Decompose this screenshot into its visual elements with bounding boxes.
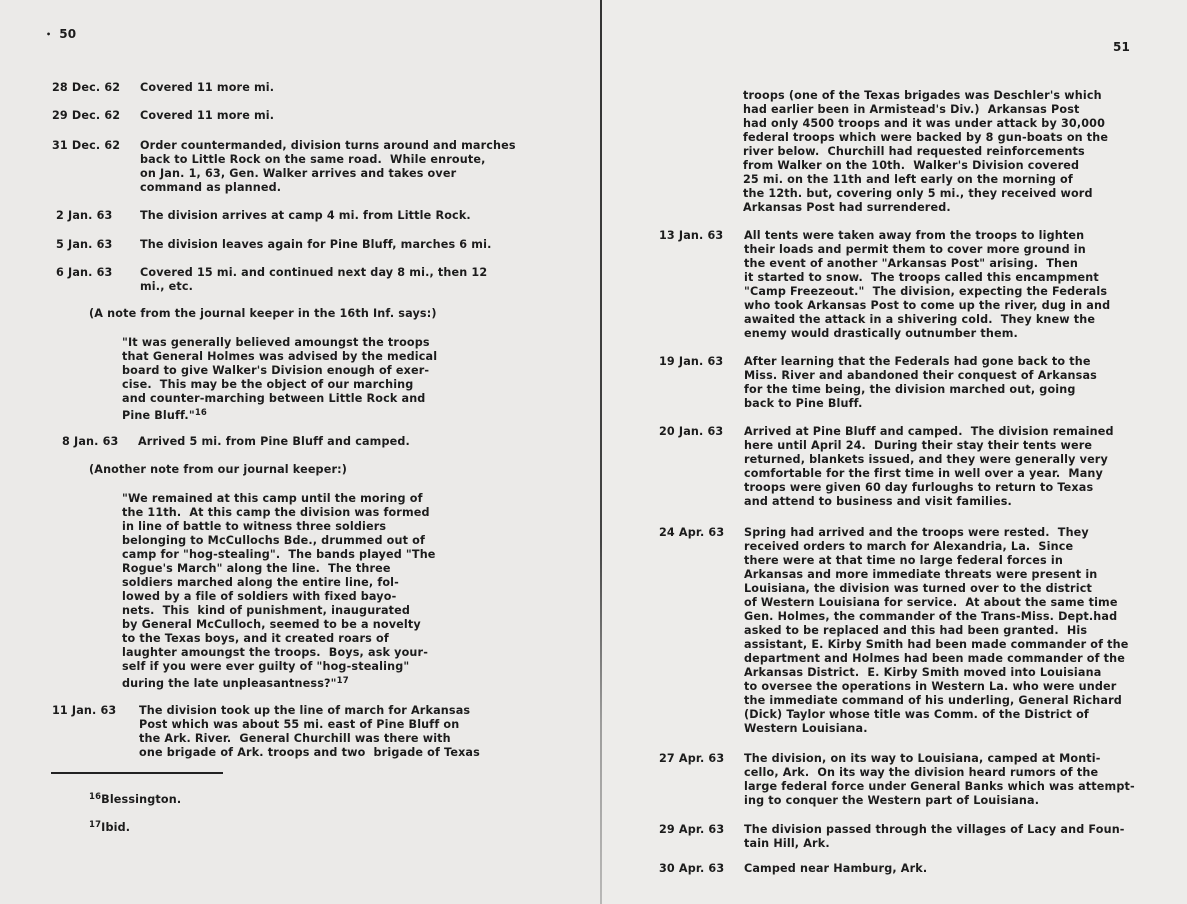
footnote-number: 17 [89,820,101,830]
entry-date: 5 Jan. 63 [52,238,112,252]
entry-date: 20 Jan. 63 [659,425,723,439]
page-number: 51 [1113,40,1130,54]
entry-date: 8 Jan. 63 [58,435,118,449]
continued-text: troops (one of the Texas brigades was De… [743,89,1108,215]
footnote-text: Ibid. [101,821,130,834]
entry-text: The division passed through the villages… [744,823,1125,851]
entry-text: Spring had arrived and the troops were r… [744,526,1129,736]
footnote: 16Blessington. [89,790,181,807]
footnote: 17Ibid. [89,818,130,835]
entry-text: The division arrives at camp 4 mi. from … [140,209,471,223]
entry-date: 30 Apr. 63 [659,862,724,876]
entry-date: 28 Dec. 62 [52,81,120,95]
quote-text: "We remained at this camp until the mori… [122,492,436,690]
page-number: 50 [46,27,76,42]
entry-date: 27 Apr. 63 [659,752,724,766]
entry-date: 6 Jan. 63 [52,266,112,280]
entry-text: Covered 15 mi. and continued next day 8 … [140,266,487,294]
entry-date: 31 Dec. 62 [52,139,120,153]
entry-text: Camped near Hamburg, Ark. [744,862,927,876]
entry-date: 2 Jan. 63 [52,209,112,223]
entry-date: 11 Jan. 63 [52,704,116,718]
quote-text: "It was generally believed amoungst the … [122,336,437,422]
entry-text: All tents were taken away from the troop… [744,229,1110,341]
block-quote: "We remained at this camp until the mori… [122,492,436,691]
left-page: 50 28 Dec. 62 Covered 11 more mi. 29 Dec… [0,0,601,904]
editor-note: (A note from the journal keeper in the 1… [89,307,437,321]
editor-note: (Another note from our journal keeper:) [89,463,347,477]
footnote-divider [51,772,223,774]
entry-date: 29 Apr. 63 [659,823,724,837]
book-spread: 50 28 Dec. 62 Covered 11 more mi. 29 Dec… [0,0,1187,904]
entry-date: 24 Apr. 63 [659,526,724,540]
entry-text: Arrived 5 mi. from Pine Bluff and camped… [138,435,410,449]
entry-text: After learning that the Federals had gon… [744,355,1097,411]
entry-text: Arrived at Pine Bluff and camped. The di… [744,425,1114,509]
entry-date: 13 Jan. 63 [659,229,723,243]
footnote-ref: 17 [337,676,349,686]
footnote-ref: 16 [195,408,207,418]
entry-text: Order countermanded, division turns arou… [140,139,516,195]
entry-text: The division leaves again for Pine Bluff… [140,238,491,252]
right-page: 51 troops (one of the Texas brigades was… [602,0,1187,904]
entry-text: Covered 11 more mi. [140,109,274,123]
footnote-number: 16 [89,792,101,802]
block-quote: "It was generally believed amoungst the … [122,336,437,423]
entry-text: The division took up the line of march f… [139,704,480,760]
entry-text: The division, on its way to Louisiana, c… [744,752,1135,808]
footnote-text: Blessington. [101,793,181,806]
entry-text: Covered 11 more mi. [140,81,274,95]
entry-date: 29 Dec. 62 [52,109,120,123]
entry-date: 19 Jan. 63 [659,355,723,369]
